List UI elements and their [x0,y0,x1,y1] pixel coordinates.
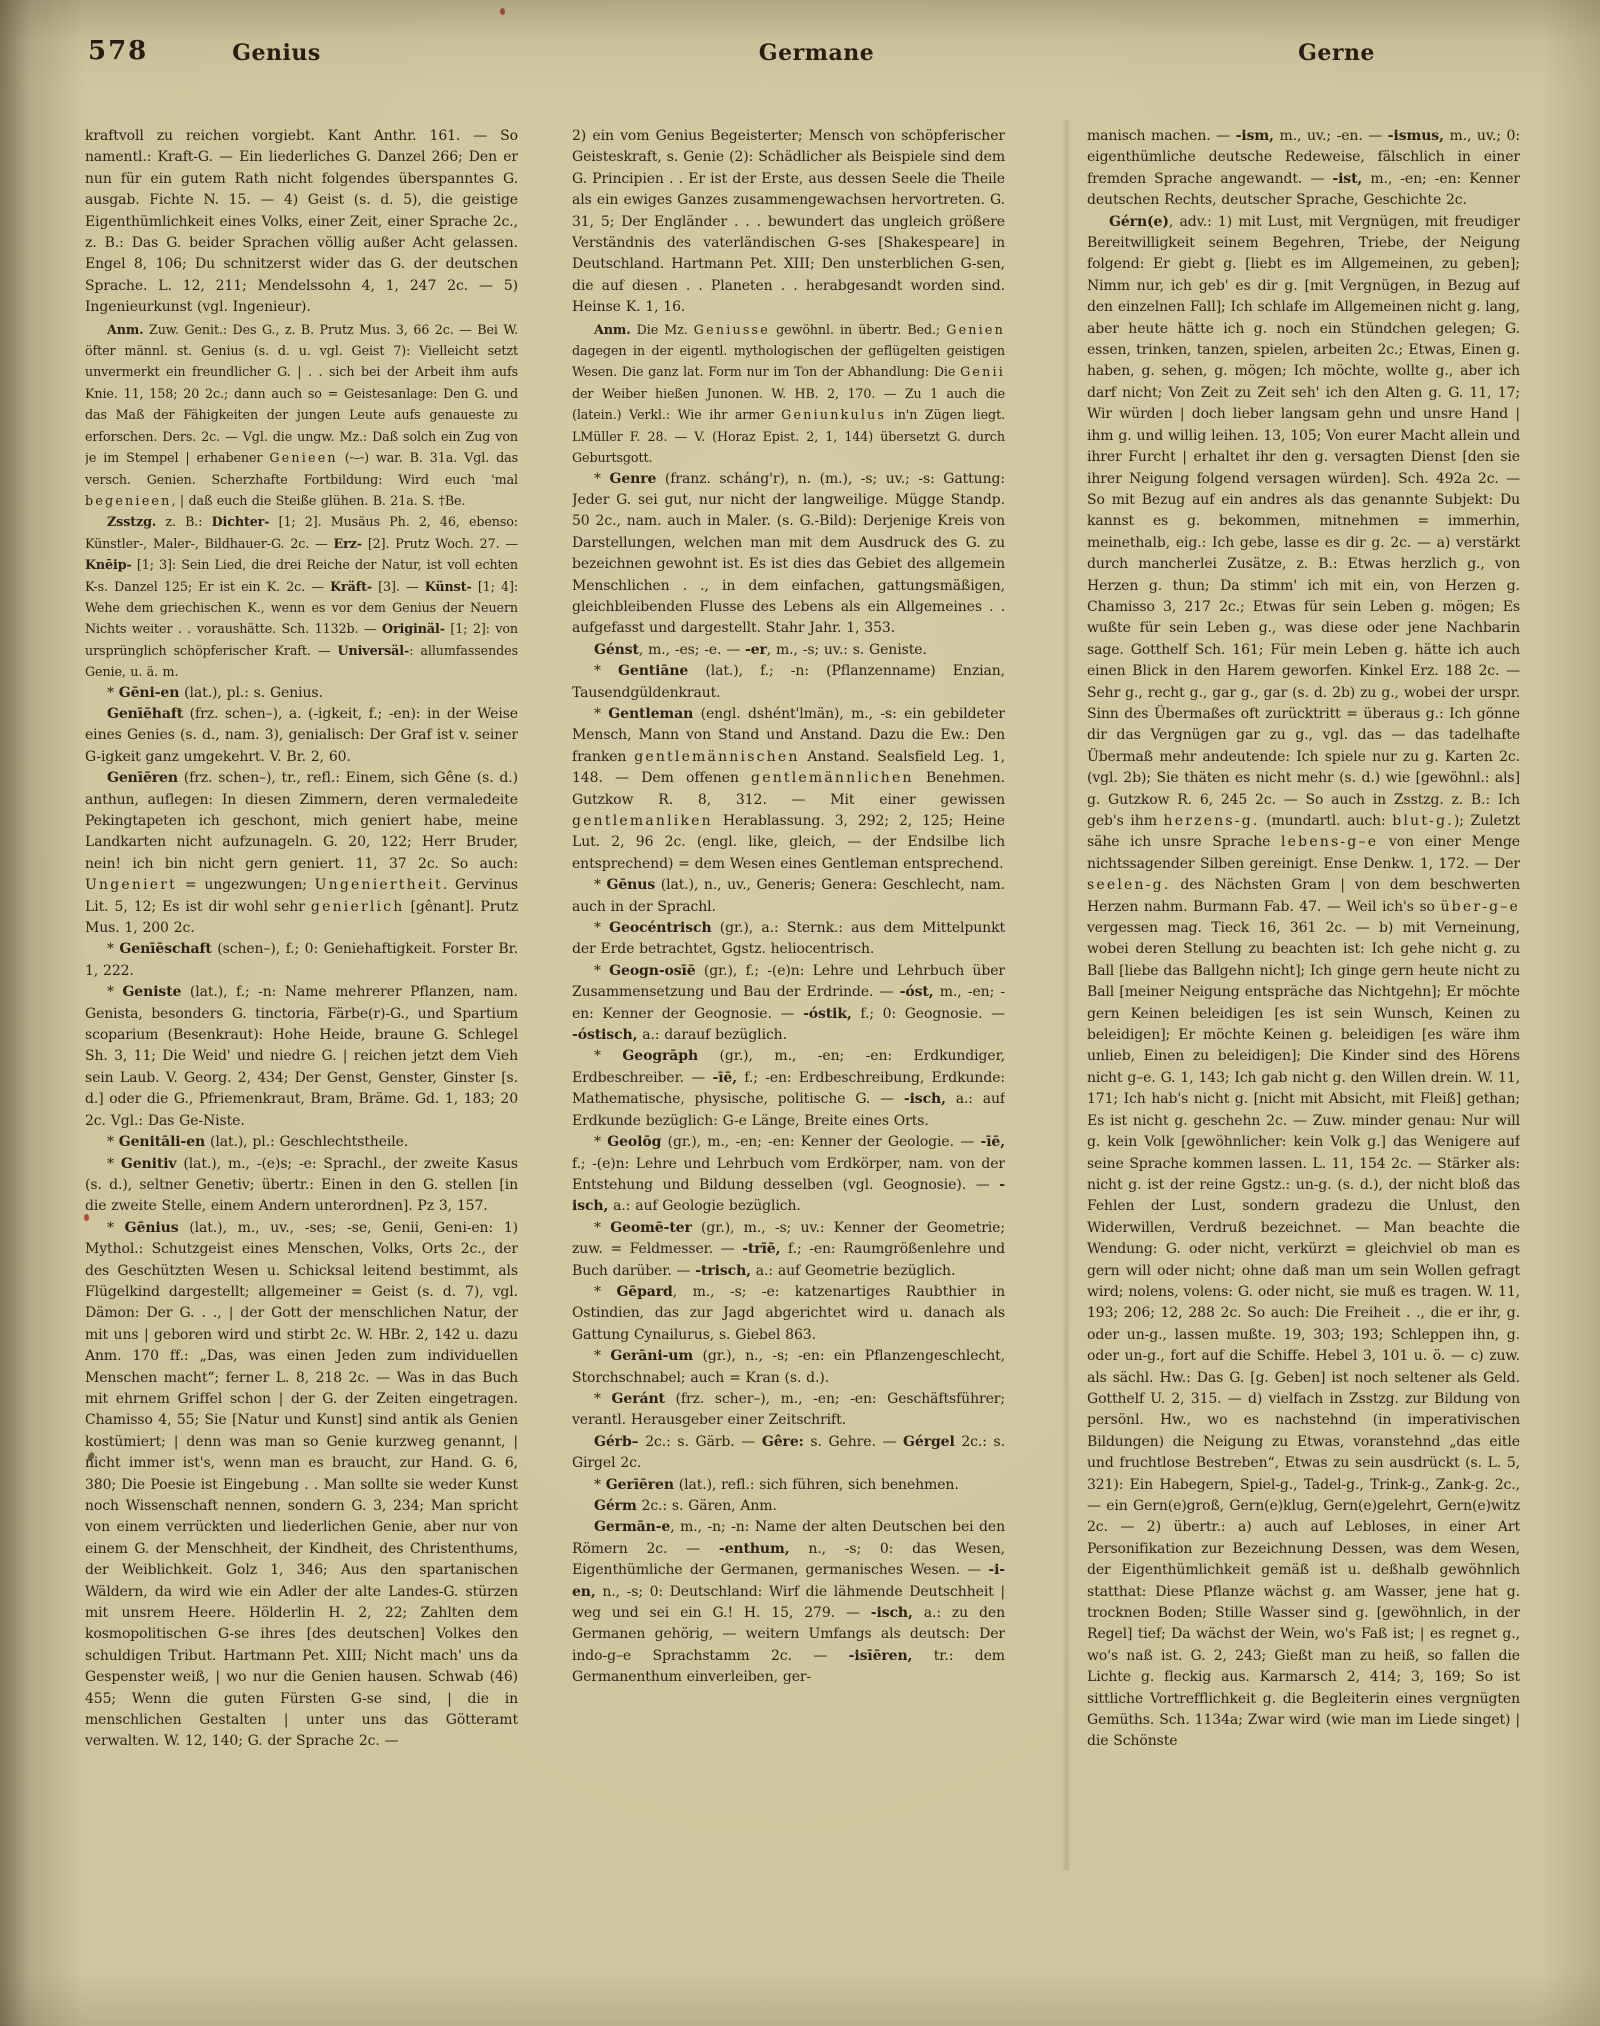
text-run: kraftvoll zu reichen vorgiebt. Kant Anth… [85,128,518,315]
spaced-emphasis: Geniunkulus [781,407,886,422]
text-run: = ungezwungen; [177,877,315,893]
headword: Geránt [612,1391,665,1407]
text-run: (lat.), refl.: sich führen, sich benehme… [674,1477,959,1493]
dictionary-paragraph: * Geolōg (gr.), m., -en; -en: Kenner der… [572,1132,1005,1218]
spaced-emphasis: Ungeniertheit [315,877,443,893]
dictionary-paragraph: * Genitiv (lat.), m., -(e)s; -e: Sprachl… [85,1154,518,1218]
headword: -óstisch, [572,1027,637,1043]
headword: -īē, [980,1134,1005,1150]
dictionary-paragraph: Génst, m., -es; -e. — -er, m., -s; uv.: … [572,640,1005,661]
spaced-emphasis: Genii [960,364,1005,379]
text-run: * [107,984,122,1000]
text-run: Die Mz. [631,322,694,337]
spaced-emphasis: gentlemanliken [572,813,713,829]
text-column-left: kraftvoll zu reichen vorgiebt. Kant Anth… [85,126,518,1892]
headword: Geomē-ter [610,1220,692,1236]
text-run: * [594,963,609,979]
dictionary-paragraph: * Gēni-en (lat.), pl.: s. Genius. [85,683,518,704]
headword: Dichter- [212,514,270,529]
running-head-genius: Genius [60,40,493,66]
text-run: * [594,1284,616,1300]
dictionary-paragraph: * Gēpard, m., -s; -e: katzenartiges Raub… [572,1282,1005,1346]
spaced-emphasis: gentlemännlichen [751,770,914,786]
dictionary-paragraph: Anm. Zuw. Genit.: Des G., z. B. Prutz Mu… [85,319,518,512]
headword: Universäl- [338,643,410,658]
text-run: * [594,471,610,487]
headword: Gérn(e) [1109,214,1169,230]
text-run: * [107,941,119,957]
text-run: z. B.: [156,514,211,529]
text-run: [3]. — [372,579,425,594]
spaced-emphasis: Genieen [269,450,337,465]
text-run: * [594,877,607,893]
dictionary-paragraph: Germān-e, m., -n; -n: Name der alten Deu… [572,1517,1005,1688]
headword: -er [745,642,767,658]
dictionary-paragraph: Gérn(e), adv.: 1) mit Lust, mit Vergnüge… [1087,212,1520,1753]
spaced-emphasis: über-g–e [1440,899,1520,915]
headword: Genīēren [107,770,178,786]
headword: Genīēschaft [119,941,211,957]
headword: Génst [594,642,639,658]
text-run: 2c.: s. Gärb. — [639,1434,762,1450]
dictionary-paragraph: * Gēnius (lat.), m., uv., -ses; -se, Gen… [85,1218,518,1753]
dictionary-paragraph: * Gēnus (lat.), n., uv., Generis; Genera… [572,875,1005,918]
text-run: (lat.), m., uv., -ses; -se, Genii, Geni-… [85,1220,518,1750]
text-run: (lat.), pl.: Geschlechtstheile. [205,1134,408,1150]
text-run: * [594,706,608,722]
spaced-emphasis: blut-g. [1392,813,1454,829]
dictionary-paragraph: * Gentiāne (lat.), f.; -n: (Pflanzenname… [572,661,1005,704]
text-run: (franz. scháng'r), n. (m.), -s; uv.; -s:… [572,471,1005,637]
dictionary-paragraph: Genīēhaft (frz. schen–), a. (-igkeit, f.… [85,704,518,768]
scanned-dictionary-page: 578 Genius Germane Gerne kraftvoll zu re… [0,0,1600,2026]
dictionary-paragraph: Gérm 2c.: s. Gären, Anm. [572,1496,1005,1517]
text-run: [2]. Prutz Woch. 27. — [362,536,518,551]
dictionary-paragraph: Gérb– 2c.: s. Gärb. — Gêre: s. Gehre. — … [572,1432,1005,1475]
text-run: * [594,663,618,679]
headword: -enthum, [719,1541,790,1557]
headword: Knēip- [85,557,132,572]
text-column-middle: 2) ein vom Genius Begeisterter; Mensch v… [572,126,1005,1892]
dictionary-paragraph: * Geránt (frz. scher–), m., -en; -en: Ge… [572,1389,1005,1432]
headword: Gentleman [608,706,693,722]
headword: Gēni-en [119,685,180,701]
headword: Genīēhaft [107,706,183,722]
running-head-gerne: Gerne [1120,40,1553,66]
text-run: , adv.: 1) mit Lust, mit Vergnügen, mit … [1087,214,1520,829]
headword: Geniste [122,984,181,1000]
text-run: s. Gehre. — [804,1434,903,1450]
dictionary-paragraph: Genīēren (frz. schen–), tr., refl.: Eine… [85,768,518,939]
dictionary-paragraph: * Genīēschaft (schen–), f.; 0: Geniehaft… [85,939,518,982]
text-run: * [594,920,609,936]
spaced-emphasis: seelen-g. [1087,877,1170,893]
headword: -īē, [712,1070,737,1086]
headword: -óstik, [803,1006,852,1022]
spaced-emphasis: Genien [946,322,1005,337]
text-run: 2c.: s. Gären, Anm. [637,1498,777,1514]
headword: -ism, [1236,128,1274,144]
headword: Gentiāne [618,663,688,679]
dictionary-paragraph: * Genre (franz. scháng'r), n. (m.), -s; … [572,469,1005,640]
headword: -isch, [904,1091,946,1107]
dictionary-paragraph: Zsstzg. z. B.: Dichter- [1; 2]. Musäus P… [85,511,518,682]
text-run: a.: darauf bezüglich. [637,1027,787,1043]
headword: -trisch, [695,1263,751,1279]
text-run: (lat.), f.; -n: Name mehrerer Pflanzen, … [85,984,518,1128]
dictionary-paragraph: * Geogrāph (gr.), m., -en; -en: Erdkundi… [572,1046,1005,1132]
dictionary-paragraph: 2) ein vom Genius Begeisterter; Mensch v… [572,126,1005,319]
text-run: , m., -es; -e. — [639,642,745,658]
headword: Gérm [594,1498,637,1514]
headword: Anm. [594,322,631,337]
text-run: * [594,1220,610,1236]
spaced-emphasis: gentlemännischen [634,749,799,765]
text-run: * [594,1348,610,1364]
dictionary-paragraph: * Gerāni-um (gr.), n., -s; -en: ein Pfla… [572,1346,1005,1389]
headword: -óst, [900,984,934,1000]
spaced-emphasis: Ungeniert [85,877,177,893]
headword: Geolōg [607,1134,661,1150]
dictionary-paragraph: manisch machen. — -ism, m., uv.; -en. — … [1087,126,1520,212]
headword: Geocéntrisch [609,920,711,936]
dictionary-paragraph: * Geogn-osīē (gr.), f.; -(e)n: Lehre und… [572,961,1005,1047]
text-run: 2) ein vom Genius Begeisterter; Mensch v… [572,128,1005,315]
headword: Originäl- [382,621,445,636]
spaced-emphasis: herzens-g. [1164,813,1260,829]
text-run: (gr.), m., -en; -en: Kenner der Geologie… [661,1134,980,1150]
headword: Genitāli-en [119,1134,205,1150]
text-run: a.: auf Geometrie bezüglich. [751,1263,955,1279]
headword: Gēpard [616,1284,672,1300]
text-run: * [107,1156,121,1172]
headword: Gēnus [607,877,656,893]
text-run: f.; 0: Geognosie. — [852,1006,1005,1022]
headword: Zsstzg. [107,514,156,529]
text-run: vergessen mag. Tieck 16, 361 2c. — b) mi… [1087,920,1520,1749]
text-run: * [107,685,119,701]
paper-crease [1062,120,1071,1870]
text-run: f.; -(e)n: Lehre und Lehrbuch vom Erdkör… [572,1156,1005,1193]
text-run: * [107,1220,125,1236]
text-run: * [107,1134,119,1150]
spaced-emphasis: begenieen [85,493,171,508]
headword: Gerāni-um [610,1348,693,1364]
headword: -ismus, [1388,128,1444,144]
headword: Gêre: [762,1434,804,1450]
dictionary-paragraph: Anm. Die Mz. Geniusse gewöhnl. in übertr… [572,319,1005,469]
text-run: a.: auf Geologie bezüglich. [608,1198,800,1214]
headword: Gerīēren [606,1477,674,1493]
headword: -ist, [1332,171,1362,187]
dictionary-paragraph: * Geomē-ter (gr.), m., -s; uv.: Kenner d… [572,1218,1005,1282]
text-run: , | daß euch die Steiße glühen. B. 21a. … [171,493,465,508]
text-run: (mundartl. auch: [1260,813,1393,829]
headword: Geogn-osīē [609,963,695,979]
headword: Genre [610,471,657,487]
paper-speck [500,8,505,15]
text-run: gewöhnl. in übertr. Bed.; [770,322,946,337]
text-run: dagegen in der eigentl. mythologischen d… [572,343,1005,379]
dictionary-paragraph: * Geocéntrisch (gr.), a.: Sternk.: aus d… [572,918,1005,961]
dictionary-paragraph: * Genitāli-en (lat.), pl.: Geschlechtsth… [85,1132,518,1153]
dictionary-paragraph: * Geniste (lat.), f.; -n: Name mehrerer … [85,982,518,1132]
running-head-germane: Germane [600,40,1033,66]
headword: Erz- [334,536,362,551]
text-run: manisch machen. — [1087,128,1236,144]
text-run: , m., -s; uv.: s. Geniste. [767,642,927,658]
headword: Geogrāph [622,1048,698,1064]
headword: Germān-e [594,1519,670,1535]
spaced-emphasis: Geniusse [694,322,770,337]
text-run: * [594,1048,622,1064]
dictionary-paragraph: * Gentleman (engl. dshént'lmän), m., -s:… [572,704,1005,875]
text-run: m., uv.; -en. — [1274,128,1388,144]
headword: Genitiv [121,1156,177,1172]
headword: -trīē, [742,1241,780,1257]
headword: Kräft- [330,579,372,594]
headword: -isīēren, [849,1648,913,1664]
headword: Gérgel [903,1434,955,1450]
spaced-emphasis: genierlich [311,899,405,915]
text-run: (lat.), pl.: s. Genius. [179,685,323,701]
text-run: * [594,1391,612,1407]
dictionary-paragraph: kraftvoll zu reichen vorgiebt. Kant Anth… [85,126,518,319]
text-column-right: manisch machen. — -ism, m., uv.; -en. — … [1087,126,1520,2010]
text-run: * [594,1134,607,1150]
headword: -isch, [871,1605,913,1621]
text-run: * [594,1477,606,1493]
spaced-emphasis: lebens-g–e [1281,834,1378,850]
headword: Gérb– [594,1434,639,1450]
text-run: Zuw. Genit.: Des G., z. B. Prutz Mus. 3,… [85,322,518,465]
headword: Künst- [425,579,472,594]
headword: Anm. [107,322,144,337]
headword: Gēnius [125,1220,179,1236]
dictionary-paragraph: * Gerīēren (lat.), refl.: sich führen, s… [572,1475,1005,1496]
